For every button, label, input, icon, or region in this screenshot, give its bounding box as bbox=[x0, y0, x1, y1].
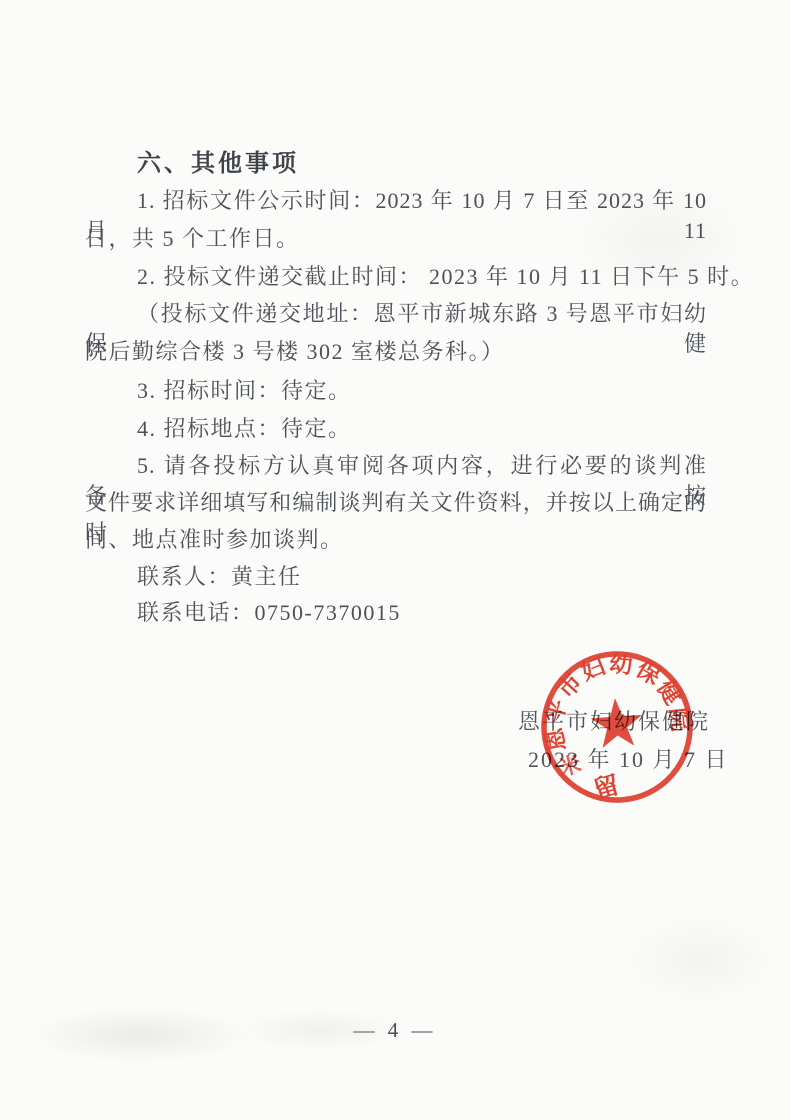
section-heading: 六、其他事项 bbox=[137, 143, 299, 178]
contact-phone-line: 联系电话：0750-7370015 bbox=[85, 598, 759, 628]
contact-person-line: 联系人：黄主任 bbox=[85, 562, 759, 592]
official-seal-stamp: 恩平市妇幼保健院 米 留 bbox=[526, 636, 707, 817]
page-number: — 4 — bbox=[0, 1018, 790, 1043]
body-line: 4. 招标地点：待定。 bbox=[85, 414, 759, 444]
body-line: 日，共 5 个工作日。 bbox=[85, 224, 707, 254]
document-page: 六、其他事项 1. 招标文件公示时间：2023 年 10 月 7 日至 2023… bbox=[0, 0, 790, 1120]
body-line: 间、地点准时参加谈判。 bbox=[85, 525, 707, 555]
seal-inner-mark: 米 bbox=[556, 751, 583, 781]
body-line: 3. 招标时间：待定。 bbox=[85, 376, 759, 406]
body-line: 院后勤综合楼 3 号楼 302 室楼总务科。） bbox=[85, 337, 707, 367]
body-line: 2. 投标文件递交截止时间： 2023 年 10 月 11 日下午 5 时。 bbox=[85, 262, 759, 292]
seal-star-icon bbox=[589, 696, 644, 748]
